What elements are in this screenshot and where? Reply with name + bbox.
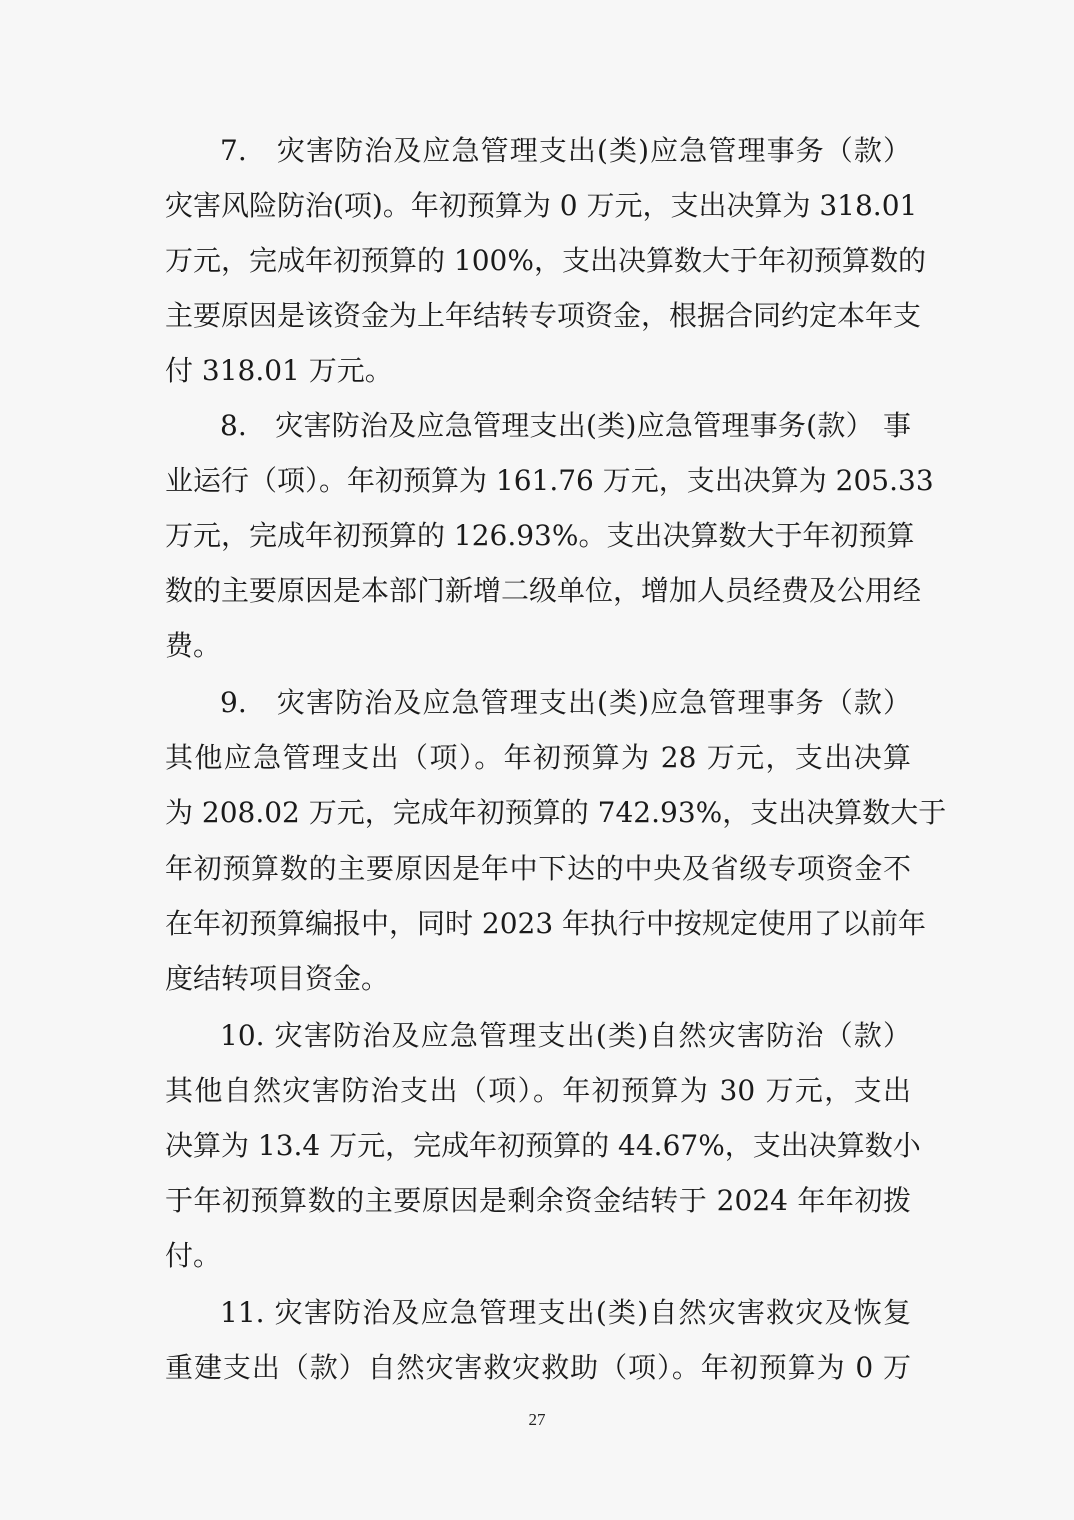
paragraph-9-line-4: 年初预算数的主要原因是年中下达的中央及省级专项资金不 (165, 849, 911, 889)
paragraph-10-line-5: 付。 (165, 1236, 911, 1276)
paragraph-9-line-1: 9. 灾害防治及应急管理支出(类)应急管理事务（款） (220, 683, 911, 723)
text-line: 年初预算数的主要原因是年中下达的中央及省级专项资金不 (165, 849, 911, 889)
text-line: 为 208.02 万元，完成年初预算的 742.93%，支出决算数大于 (165, 793, 911, 833)
paragraph-8-line-1: 8. 灾害防治及应急管理支出(类)应急管理事务(款） 事 (220, 406, 911, 446)
paragraph-10-line-1: 10. 灾害防治及应急管理支出(类)自然灾害防治（款） (220, 1016, 911, 1056)
paragraph-10-line-3: 决算为 13.4 万元，完成年初预算的 44.67%，支出决算数小 (165, 1126, 911, 1166)
paragraph-8-line-3: 万元，完成年初预算的 126.93%。支出决算数大于年初预算 (165, 516, 911, 556)
document-page: 7. 灾害防治及应急管理支出(类)应急管理事务（款） 灾害风险防治(项)。年初预… (0, 0, 1074, 1520)
text-line: 重建支出（款）自然灾害救灾救助（项）。年初预算为 0 万 (165, 1348, 911, 1388)
paragraph-8-line-4: 数的主要原因是本部门新增二级单位，增加人员经费及公用经 (165, 571, 911, 611)
paragraph-9-line-6: 度结转项目资金。 (165, 959, 911, 999)
text-line: 灾害风险防治(项)。年初预算为 0 万元，支出决算为 318.01 (165, 186, 911, 226)
paragraph-7-line-4: 主要原因是该资金为上年结转专项资金，根据合同约定本年支 (165, 296, 911, 336)
text-line: 付。 (165, 1236, 911, 1276)
text-line: 万元，完成年初预算的 126.93%。支出决算数大于年初预算 (165, 516, 911, 556)
page-number: 27 (0, 1410, 1074, 1430)
paragraph-9-line-3: 为 208.02 万元，完成年初预算的 742.93%，支出决算数大于 (165, 793, 911, 833)
paragraph-11-line-2: 重建支出（款）自然灾害救灾救助（项）。年初预算为 0 万 (165, 1348, 911, 1388)
paragraph-9-line-2: 其他应急管理支出（项）。年初预算为 28 万元，支出决算 (165, 738, 911, 778)
text-line: 7. 灾害防治及应急管理支出(类)应急管理事务（款） (220, 131, 911, 171)
text-line: 9. 灾害防治及应急管理支出(类)应急管理事务（款） (220, 683, 911, 723)
text-line: 于年初预算数的主要原因是剩余资金结转于 2024 年年初拨 (165, 1181, 911, 1221)
text-line: 10. 灾害防治及应急管理支出(类)自然灾害防治（款） (220, 1016, 911, 1056)
text-line: 数的主要原因是本部门新增二级单位，增加人员经费及公用经 (165, 571, 911, 611)
paragraph-10-line-2: 其他自然灾害防治支出（项）。年初预算为 30 万元，支出 (165, 1071, 911, 1111)
text-line: 8. 灾害防治及应急管理支出(类)应急管理事务(款） 事 (220, 406, 911, 446)
paragraph-7-line-1: 7. 灾害防治及应急管理支出(类)应急管理事务（款） (220, 131, 911, 171)
text-line: 业运行（项）。年初预算为 161.76 万元，支出决算为 205.33 (165, 461, 911, 501)
paragraph-8-line-2: 业运行（项）。年初预算为 161.76 万元，支出决算为 205.33 (165, 461, 911, 501)
text-line: 度结转项目资金。 (165, 959, 911, 999)
paragraph-11-line-1: 11. 灾害防治及应急管理支出(类)自然灾害救灾及恢复 (220, 1293, 911, 1333)
paragraph-7-line-5: 付 318.01 万元。 (165, 351, 911, 391)
text-line: 费。 (165, 626, 911, 666)
text-line: 决算为 13.4 万元，完成年初预算的 44.67%，支出决算数小 (165, 1126, 911, 1166)
paragraph-8-line-5: 费。 (165, 626, 911, 666)
text-line: 其他应急管理支出（项）。年初预算为 28 万元，支出决算 (165, 738, 911, 778)
paragraph-9-line-5: 在年初预算编报中，同时 2023 年执行中按规定使用了以前年 (165, 904, 911, 944)
text-line: 万元，完成年初预算的 100%，支出决算数大于年初预算数的 (165, 241, 911, 281)
paragraph-10-line-4: 于年初预算数的主要原因是剩余资金结转于 2024 年年初拨 (165, 1181, 911, 1221)
text-line: 11. 灾害防治及应急管理支出(类)自然灾害救灾及恢复 (220, 1293, 911, 1333)
paragraph-7-line-3: 万元，完成年初预算的 100%，支出决算数大于年初预算数的 (165, 241, 911, 281)
text-line: 付 318.01 万元。 (165, 351, 911, 391)
text-line: 其他自然灾害防治支出（项）。年初预算为 30 万元，支出 (165, 1071, 911, 1111)
text-line: 主要原因是该资金为上年结转专项资金，根据合同约定本年支 (165, 296, 911, 336)
text-line: 在年初预算编报中，同时 2023 年执行中按规定使用了以前年 (165, 904, 911, 944)
paragraph-7-line-2: 灾害风险防治(项)。年初预算为 0 万元，支出决算为 318.01 (165, 186, 911, 226)
